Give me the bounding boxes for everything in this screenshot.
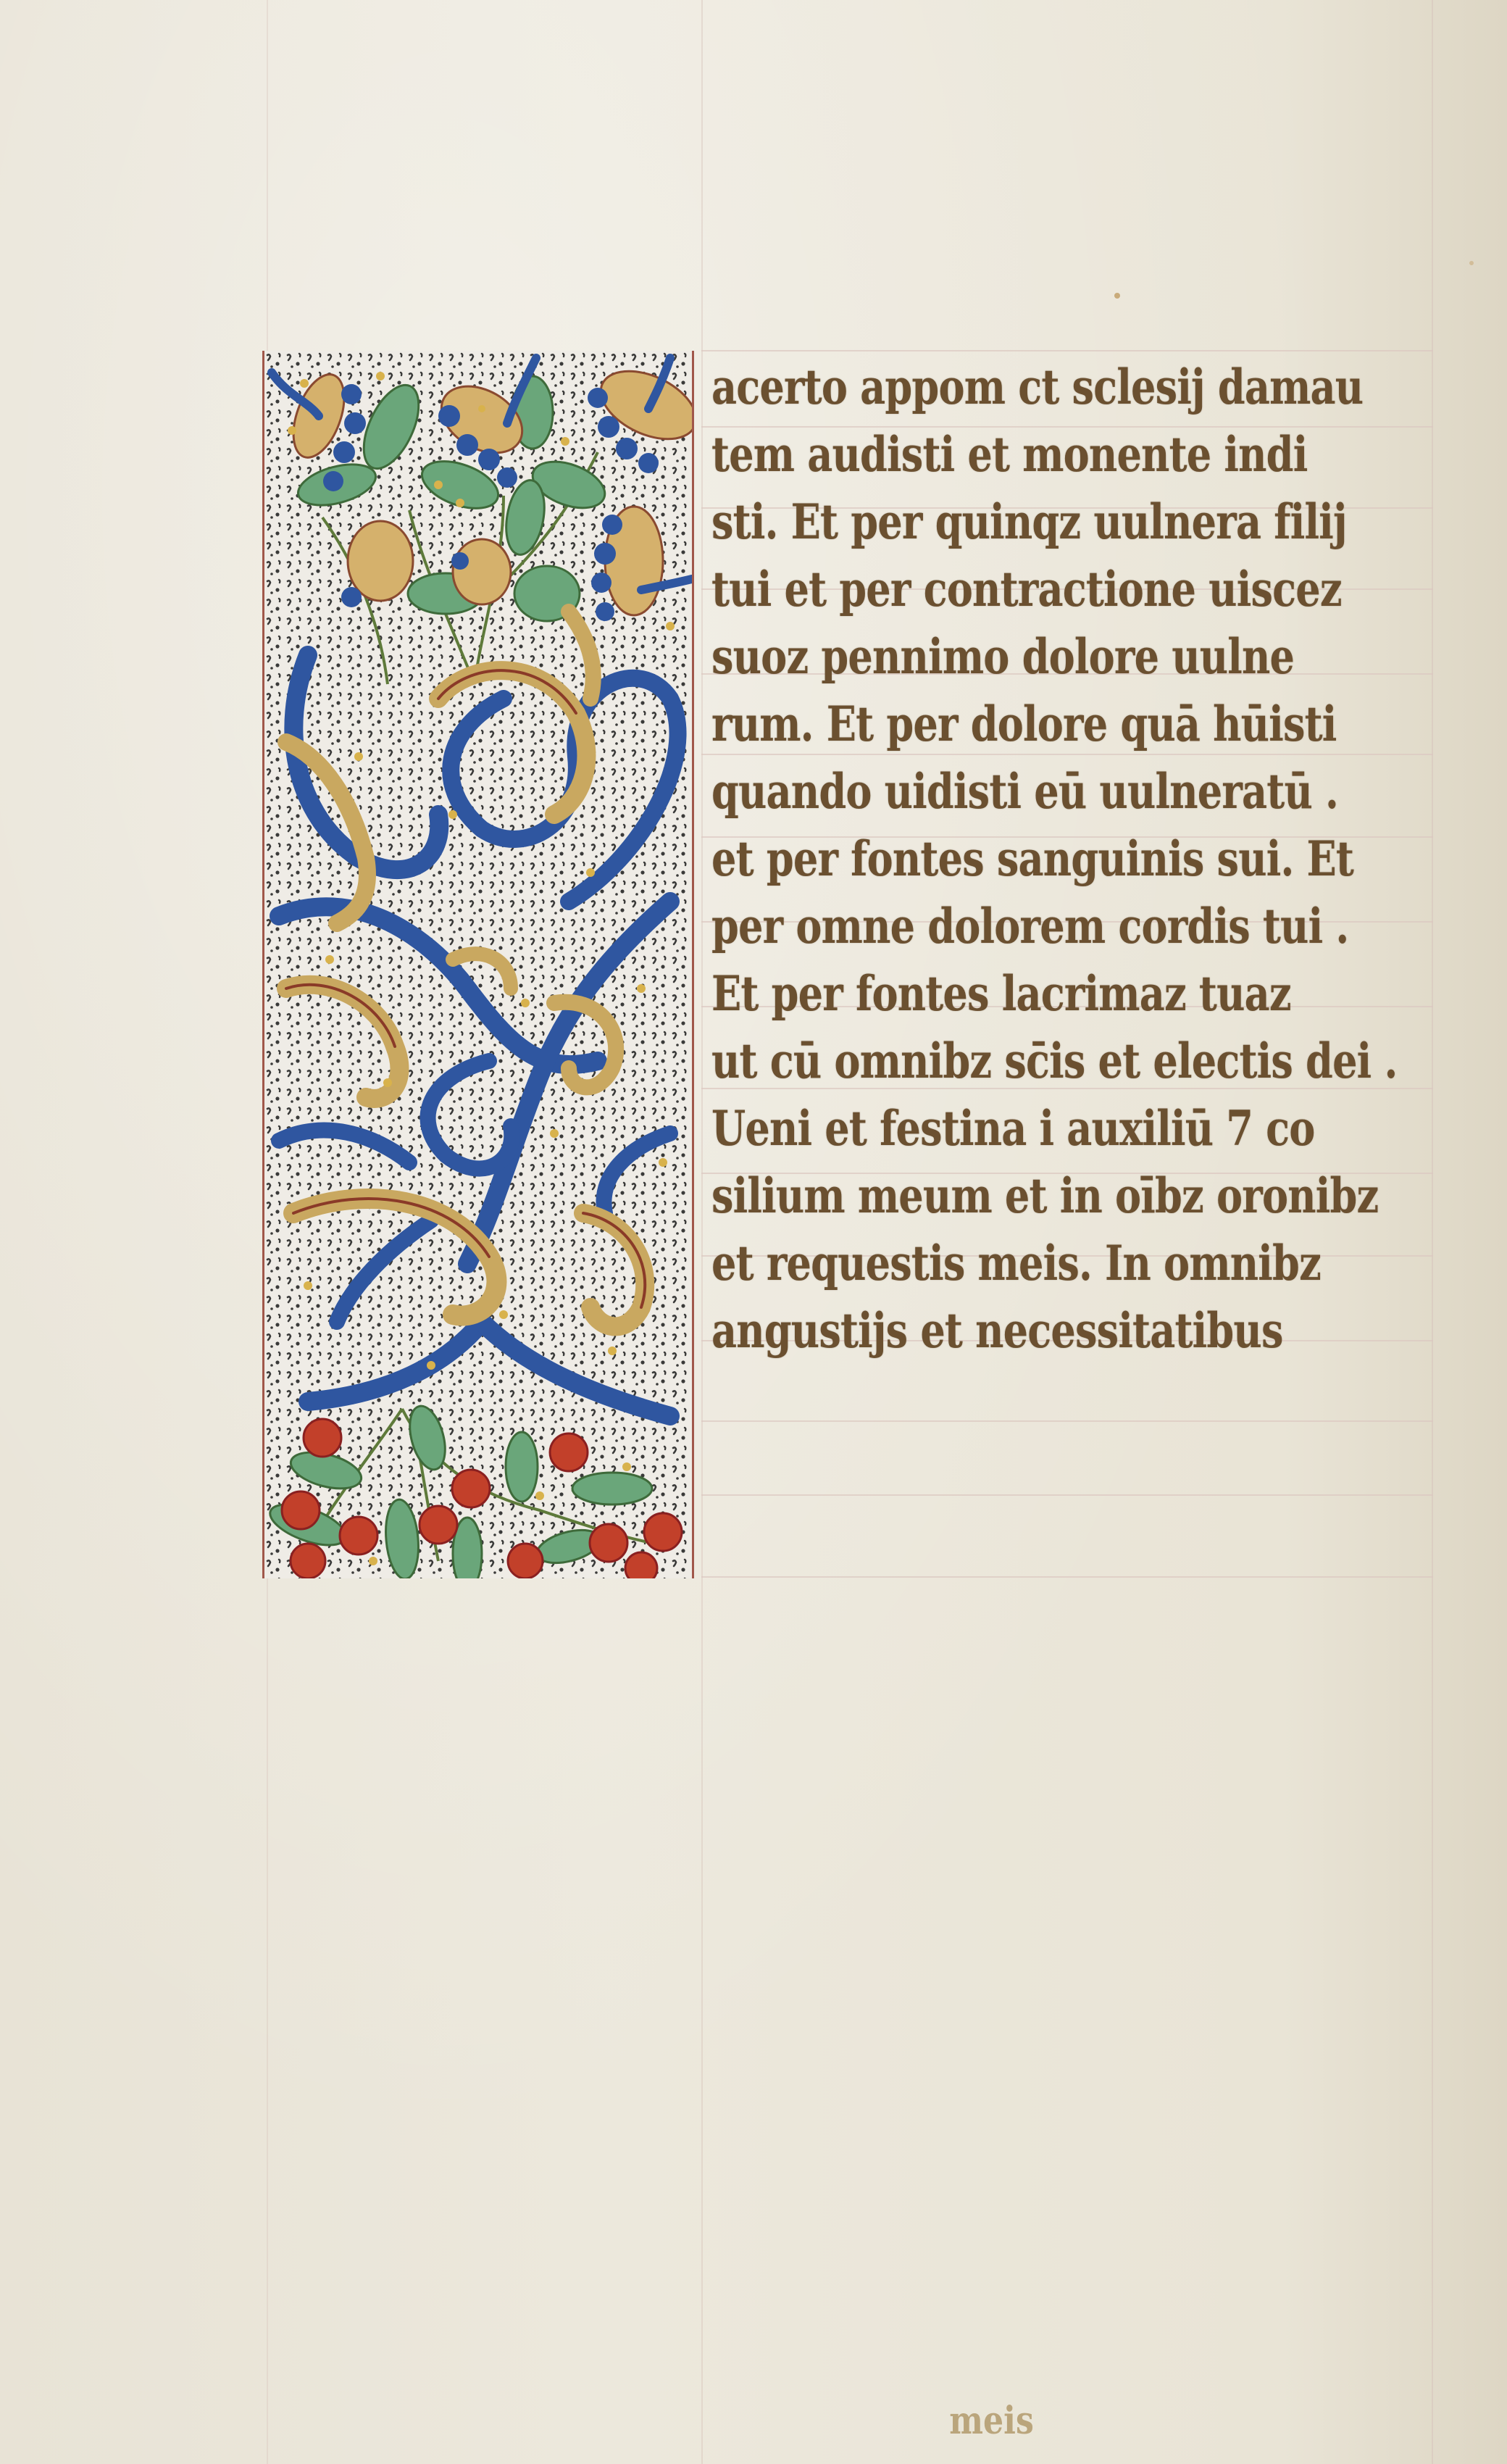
- text-line-3: sti. Et per quinqz uulnera filij: [711, 488, 1341, 556]
- text-line-6: rum. Et per dolore quā hūisti: [711, 691, 1341, 758]
- text-line-12: Ueni et festina i auxiliū 7 co: [711, 1095, 1341, 1162]
- text-line-7: quando uidisti eū uulneratū .: [711, 758, 1341, 825]
- text-line-2: tem audisti et monente indi: [711, 421, 1341, 488]
- text-line-15: angustijs et necessitatibus: [711, 1297, 1341, 1365]
- manuscript-page: acerto appom ct sclesij damau tem audist…: [0, 0, 1507, 2464]
- text-line-1: acerto appom ct sclesij damau: [711, 354, 1341, 421]
- text-line-11: ut cū omnibz sc̄is et electis dei .: [711, 1028, 1341, 1095]
- ruling-line-horizontal: [701, 1420, 1433, 1422]
- text-line-4: tui et per contractione uiscez: [711, 556, 1341, 623]
- ruling-line-horizontal: [701, 350, 1433, 351]
- text-line-8: et per fontes sanguinis sui. Et: [711, 825, 1341, 893]
- acanthus-border-illustration: [264, 351, 692, 1578]
- text-line-14: et requestis meis. In omnibz: [711, 1230, 1341, 1297]
- illuminated-border-panel: [262, 351, 694, 1578]
- parchment-stain: [1469, 261, 1474, 265]
- catchword: meis: [949, 2399, 1034, 2443]
- parchment-stain: [1114, 293, 1120, 299]
- text-line-9: per omne dolorem cordis tui .: [711, 893, 1341, 960]
- ruling-line-horizontal: [701, 1576, 1433, 1578]
- ruling-line-vertical: [701, 0, 703, 2464]
- text-line-13: silium meum et in oībz oronibz: [711, 1162, 1341, 1230]
- ruling-line-horizontal: [701, 1494, 1433, 1496]
- text-line-10: Et per fontes lacrimaz tuaz: [711, 960, 1341, 1028]
- main-text-block: acerto appom ct sclesij damau tem audist…: [711, 354, 1479, 1365]
- text-line-5: suoz pennimo dolore uulne: [711, 623, 1341, 691]
